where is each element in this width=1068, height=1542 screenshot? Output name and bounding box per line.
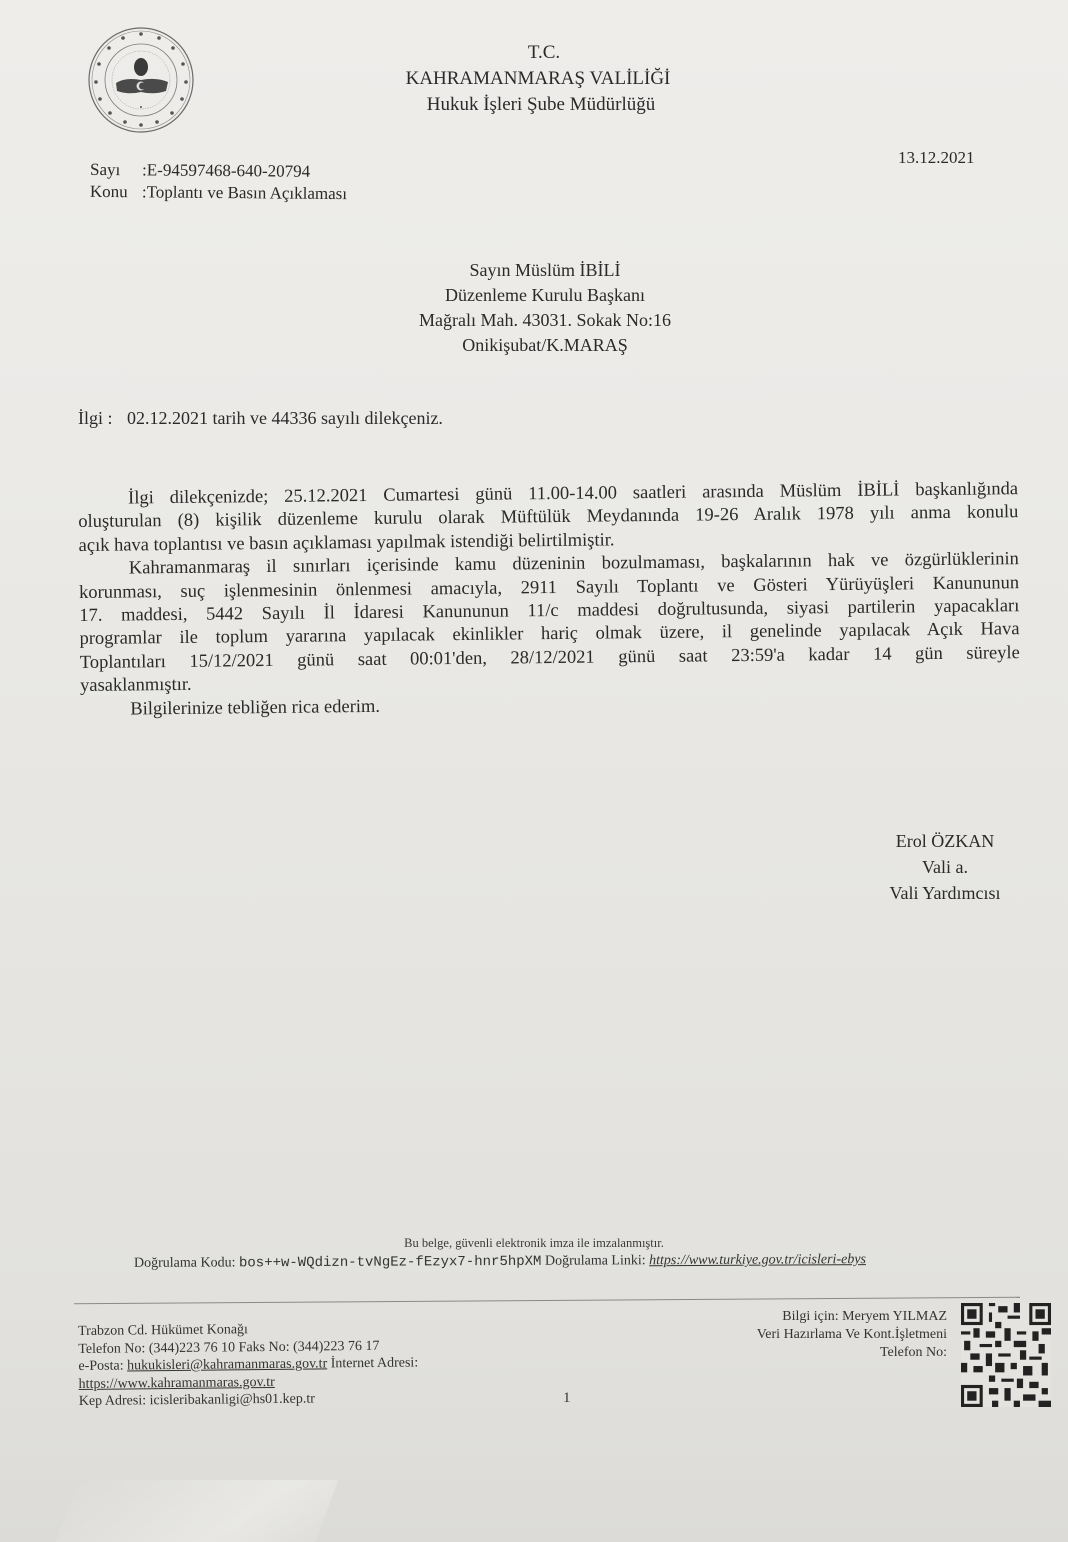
contact-block: Trabzon Cd. Hükümet Konağı Telefon No: (…: [78, 1319, 419, 1410]
header-organization: KAHRAMANMARAŞ VALİLİĞİ: [4, 66, 1068, 92]
number-value: :E-94597468-640-20794: [142, 160, 310, 180]
signature-block: Erol ÖZKAN Vali a. Vali Yardımcısı: [870, 828, 1020, 906]
letterhead: T.C. KAHRAMANMARAŞ VALİLİĞİ Hukuk İşleri…: [0, 40, 1068, 118]
info-title: Veri Hazırlama Ve Kont.İşletmeni: [700, 1326, 947, 1344]
info-phone-label: Telefon No:: [700, 1344, 947, 1362]
recipient-name: Sayın Müslüm İBİLİ: [350, 258, 740, 283]
kep-address: icisleribakanligi@hs01.kep.tr: [150, 1392, 315, 1409]
verify-link-label: Doğrulama Linki:: [545, 1253, 646, 1269]
info-block: Bilgi için: Meryem YILMAZ Veri Hazırlama…: [700, 1308, 947, 1362]
letter-body: İlgi dilekçenizde; 25.12.2021 Cumartesi …: [78, 478, 1020, 722]
paragraph-1: İlgi dilekçenizde; 25.12.2021 Cumartesi …: [78, 478, 1019, 558]
subject-value: :Toplantı ve Basın Açıklaması: [142, 182, 347, 203]
recipient-title: Düzenleme Kurulu Başkanı: [350, 283, 740, 308]
reference-block: Sayı:E-94597468-640-20794 Konu:Toplantı …: [90, 159, 348, 205]
verify-code: bos++w-WQdizn-tvNgEz-fEzyx7-hnr5hpXM: [239, 1254, 542, 1272]
info-contact: Bilgi için: Meryem YILMAZ: [700, 1308, 947, 1326]
recipient-block: Sayın Müslüm İBİLİ Düzenleme Kurulu Başk…: [350, 258, 740, 358]
footer-divider: [74, 1297, 1020, 1305]
document-date: 13.12.2021: [898, 148, 975, 168]
ilgi-text: 02.12.2021 tarih ve 44336 sayılı dilekçe…: [127, 408, 443, 428]
recipient-address-1: Mağralı Mah. 43031. Sokak No:16: [350, 308, 740, 333]
number-label: Sayı: [90, 159, 142, 181]
esign-note: Bu belge, güvenli elektronik imza ile im…: [0, 1236, 1068, 1251]
recipient-address-2: Onikişubat/K.MARAŞ: [350, 333, 740, 358]
signer-name: Erol ÖZKAN: [870, 828, 1020, 854]
web-link[interactable]: https://www.kahramanmaras.gov.tr: [79, 1374, 275, 1391]
document-page: T.C. KAHRAMANMARAŞ VALİLİĞİ Hukuk İşleri…: [0, 0, 1068, 1542]
signer-title: Vali Yardımcısı: [870, 880, 1020, 906]
reference-ilgi: İlgi : 02.12.2021 tarih ve 44336 sayılı …: [78, 408, 443, 429]
subject-label: Konu: [90, 181, 142, 203]
page-number: 1: [563, 1390, 571, 1407]
email-link[interactable]: hukukisleri@kahramanmaras.gov.tr: [127, 1356, 327, 1373]
verify-link[interactable]: https://www.turkiye.gov.tr/icisleri-ebys: [649, 1252, 866, 1268]
qr-code-icon: [961, 1303, 1051, 1407]
header-department: Hukuk İşleri Şube Müdürlüğü: [7, 92, 1068, 118]
verify-code-label: Doğrulama Kodu:: [134, 1255, 236, 1271]
ilgi-label: İlgi :: [78, 408, 113, 428]
web-label: İnternet Adresi:: [331, 1355, 419, 1371]
header-tc: T.C.: [13, 40, 1068, 66]
signer-role: Vali a.: [870, 854, 1020, 880]
verification-line: Doğrulama Kodu: bos++w-WQdizn-tvNgEz-fEz…: [134, 1252, 866, 1272]
paragraph-2: Kahramanmaraş il sınırları içerisinde ka…: [79, 548, 1020, 698]
email-label: e-Posta:: [78, 1359, 123, 1374]
kep-label: Kep Adresi:: [79, 1393, 146, 1409]
